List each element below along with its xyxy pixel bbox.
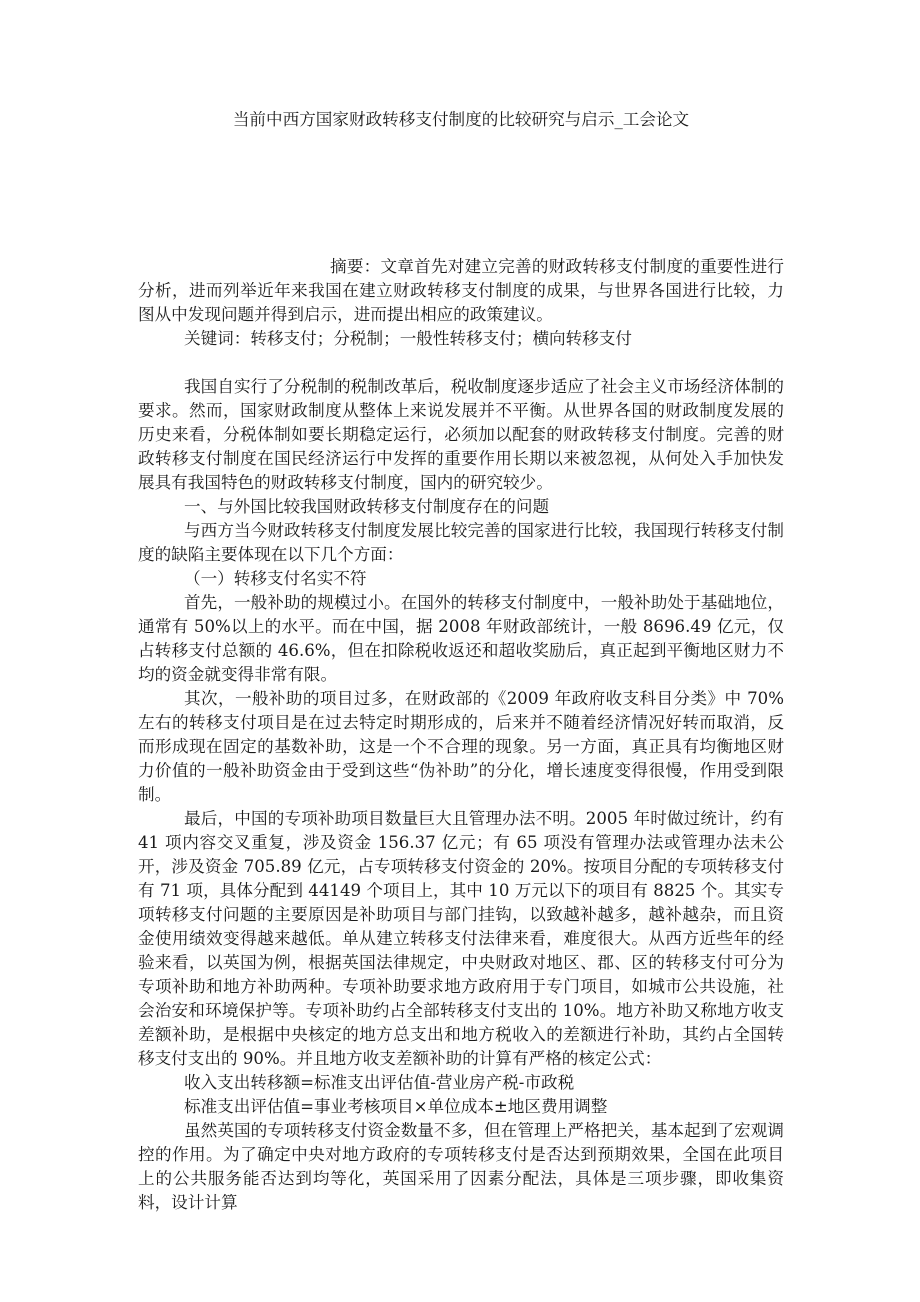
paragraph-second-point: 其次，一般补助的项目过多，在财政部的《2009 年政府收支科目分类》中 70%左… [138,687,784,807]
subsection-heading-1-1: （一）转移支付名实不符 [138,567,784,591]
abstract-paragraph: 摘要：文章首先对建立完善的财政转移支付制度的重要性进行分析，进而列举近年来我国在… [138,255,784,327]
document-title: 当前中西方国家财政转移支付制度的比较研究与启示_工会论文 [138,108,784,132]
paragraph-first-point: 首先，一般补助的规模过小。在国外的转移支付制度中，一般补助处于基础地位，通常有 … [138,591,784,687]
section-heading-1: 一、与外国比较我国财政转移支付制度存在的问题 [138,495,784,519]
title-spacer [138,132,784,255]
keywords-line: 关键词：转移支付；分税制；一般性转移支付；横向转移支付 [138,327,784,351]
paragraph-uk-experience: 虽然英国的专项转移支付资金数量不多，但在管理上严格把关，基本起到了宏观调控的作用… [138,1119,784,1215]
blank-line [138,351,784,375]
paragraph-intro: 我国自实行了分税制的税制改革后，税收制度逐步适应了社会主义市场经济体制的要求。然… [138,375,784,495]
document-page: 当前中西方国家财政转移支付制度的比较研究与启示_工会论文 摘要：文章首先对建立完… [0,0,920,1302]
paragraph-comparison: 与西方当今财政转移支付制度发展比较完善的国家进行比较，我国现行转移支付制度的缺陷… [138,519,784,567]
formula-standard-expenditure-estimate: 标准支出评估值=事业考核项目×单位成本±地区费用调整 [138,1095,784,1119]
formula-income-expenditure-transfer: 收入支出转移额=标准支出评估值-营业房产税-市政税 [138,1071,784,1095]
paragraph-third-point: 最后，中国的专项补助项目数量巨大且管理办法不明。2005 年时做过统计，约有 4… [138,807,784,1071]
